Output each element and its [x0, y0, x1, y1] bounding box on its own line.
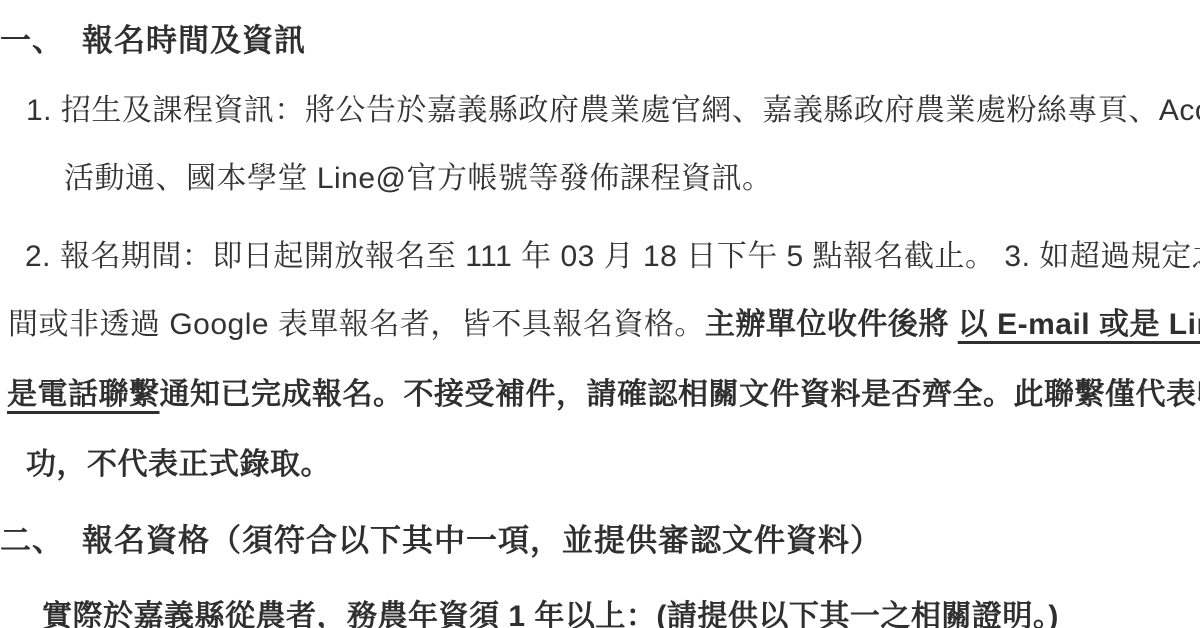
item2-line2-normal-text: 間或非透過 Google 表單報名者，皆不具報名資格。: [8, 308, 705, 341]
item2-line3-underlined-text: 是電話聯繫: [7, 378, 160, 411]
document-page: 一、報名時間及資訊 1. 招生及課程資訊：將公告於嘉義縣政府農業處官網、嘉義縣政…: [0, 0, 1200, 628]
item2-line4: 功，不代表正式錄取。: [26, 446, 331, 484]
item2-line1: 2. 報名期間：即日起開放報名至 111 年 03 月 18 日下午 5 點報名…: [25, 238, 1200, 276]
item2-line3: 是電話聯繫通知已完成報名。不接受補件，請確認相關文件資料是否齊全。此聯繫僅代表收…: [7, 376, 1200, 414]
heading-1-marker: 一、: [0, 22, 64, 61]
item2-line2-bold-text: 主辦單位收件後將: [705, 308, 958, 341]
item2-line2-underlined-text: 以 E-mail 或是 Line@或: [958, 308, 1200, 341]
heading-1-title: 報名時間及資訊: [82, 23, 306, 58]
item3-line1: 實際於嘉義縣從農者，務農年資須 1 年以上：(請提供以下其一之相關證明。): [42, 598, 1059, 628]
item1-line2: 活動通、國本學堂 Line@官方帳號等發佈課程資訊。: [64, 160, 773, 198]
item1-line1: 1. 招生及課程資訊：將公告於嘉義縣政府農業處官網、嘉義縣政府農業處粉絲專頁、A…: [26, 92, 1200, 130]
item2-line2: 間或非透過 Google 表單報名者，皆不具報名資格。主辦單位收件後將 以 E-…: [8, 306, 1200, 344]
heading-2-title: 報名資格（須符合以下其中一項，並提供審認文件資料）: [82, 523, 882, 558]
item2-line3-bold-text: 通知已完成報名。不接受補件，請確認相關文件資料是否齊全。此聯繫僅代表收件成: [160, 378, 1200, 411]
section-heading-registration-time: 一、報名時間及資訊: [0, 22, 306, 61]
section-heading-eligibility: 二、報名資格（須符合以下其中一項，並提供審認文件資料）: [0, 522, 882, 561]
heading-2-marker: 二、: [0, 522, 64, 561]
